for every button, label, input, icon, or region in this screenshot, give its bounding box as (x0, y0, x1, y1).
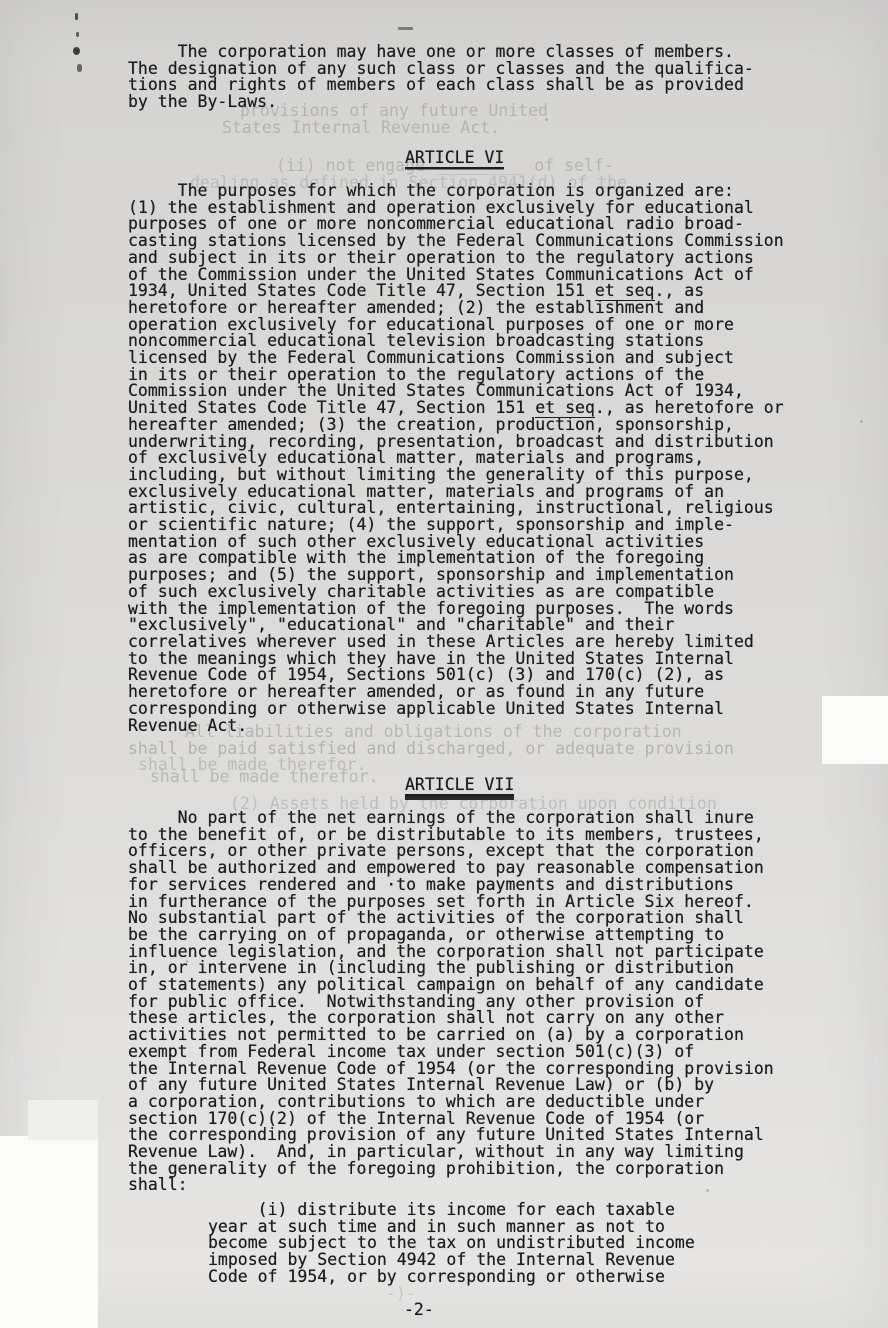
intro-paragraph: The corporation may have one or more cla… (128, 44, 754, 111)
ink-speck (76, 32, 79, 37)
body-text-segment: ., as heretofore or hereafter amended; (… (128, 281, 744, 417)
clause-i-paragraph: (i) distribute its income for each taxab… (208, 1202, 695, 1286)
page-number: -2- (404, 1302, 434, 1319)
ink-speck (75, 13, 78, 20)
scan-margin-white-bottom-left (0, 1136, 98, 1328)
ink-speck (73, 47, 80, 55)
ink-speck (77, 64, 82, 72)
scan-dust (545, 118, 548, 121)
article-vi-heading: ARTICLE VI (405, 150, 504, 167)
article-vii-body: No part of the net earnings of the corpo… (128, 810, 774, 1194)
scan-margin-white-right (822, 696, 888, 764)
article-vi-body: The purposes for which the corporation i… (128, 183, 784, 734)
article-vii-heading: ARTICLE VII (405, 777, 514, 794)
scanned-document-page: provisions of any future United States I… (0, 0, 888, 1328)
scan-margin-light-bottom-left (28, 1100, 98, 1140)
scan-dust (860, 420, 863, 423)
bleed-through-line: shall be made therefor. (150, 769, 378, 786)
bleed-through-line: States Internal Revenue Act. (222, 120, 500, 137)
stray-mark (398, 27, 413, 30)
body-text-segment: ., as heretofore or hereafter amended; (… (128, 398, 784, 734)
